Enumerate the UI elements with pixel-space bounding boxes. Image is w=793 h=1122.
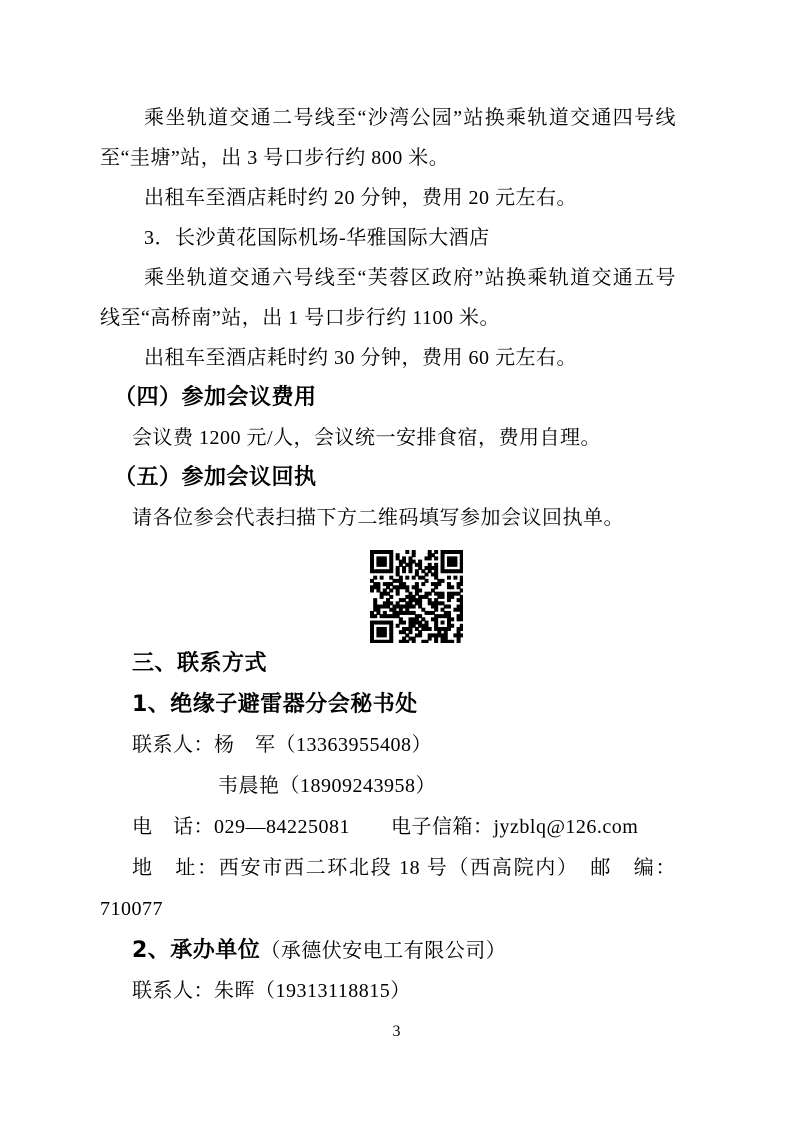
qr-code-image bbox=[370, 550, 463, 643]
heading-contact-section: 三、联系方式 bbox=[100, 643, 676, 684]
line-route3-transfer-2-text: 线至“高桥南”站，出 1 号口步行约 1100 米。 bbox=[100, 307, 500, 329]
line-route2-transfer-2-text: 至“圭塘”站，出 3 号口步行约 800 米。 bbox=[100, 147, 449, 169]
line-contact-weichenyan-text: 韦晨艳（18909243958） bbox=[218, 775, 436, 797]
line-phone-email: 电 话：029—84225081 电子信箱：jyzblq@126.com bbox=[100, 807, 676, 848]
line-route2-transfer-2: 至“圭塘”站，出 3 号口步行约 800 米。 bbox=[100, 138, 676, 178]
line-address-2-postcode-text: 710077 bbox=[100, 898, 163, 920]
line-fee-detail-text: 会议费 1200 元/人，会议统一安排食宿，费用自理。 bbox=[132, 427, 601, 449]
item-route3-title-text: 3．长沙黄花国际机场-华雅国际大酒店 bbox=[144, 227, 490, 249]
line-contact-weichenyan: 韦晨艳（18909243958） bbox=[100, 766, 676, 807]
heading-section4-fee: （四）参加会议费用 bbox=[100, 378, 676, 418]
heading-contact-section-text: 三、联系方式 bbox=[132, 651, 267, 676]
heading-organizer: 2、承办单位（承德伏安电工有限公司） bbox=[100, 930, 676, 971]
line-contact-yangjun-text: 联系人：杨 军（13363955408） bbox=[132, 734, 432, 756]
line-contact-zhuhui: 联系人：朱晖（19313118815） bbox=[100, 971, 676, 1012]
line-address-1: 地 址：西安市西二环北段 18 号（西高院内） 邮 编： bbox=[100, 848, 676, 889]
line-address-2-postcode: 710077 bbox=[100, 889, 676, 930]
text-column: 乘坐轨道交通二号线至“沙湾公园”站换乘轨道交通四号线至“圭塘”站，出 3 号口步… bbox=[100, 98, 676, 1012]
line-route2-transfer-1: 乘坐轨道交通二号线至“沙湾公园”站换乘轨道交通四号线 bbox=[100, 98, 676, 138]
heading-secretariat-text: 1、绝缘子避雷器分会秘书处 bbox=[132, 692, 418, 717]
line-route3-transfer-1-text: 乘坐轨道交通六号线至“芙蓉区政府”站换乘轨道交通五号 bbox=[144, 267, 676, 289]
line-route3-transfer-2: 线至“高桥南”站，出 1 号口步行约 1100 米。 bbox=[100, 298, 676, 338]
line-route3-transfer-1: 乘坐轨道交通六号线至“芙蓉区政府”站换乘轨道交通五号 bbox=[100, 258, 676, 298]
heading-section5-receipt: （五）参加会议回执 bbox=[100, 458, 676, 498]
line-route2-taxi: 出租车至酒店耗时约 20 分钟，费用 20 元左右。 bbox=[100, 178, 676, 218]
item-route3-title: 3．长沙黄花国际机场-华雅国际大酒店 bbox=[100, 218, 676, 258]
line-contact-zhuhui-text: 联系人：朱晖（19313118815） bbox=[132, 980, 411, 1002]
line-route3-taxi-text: 出租车至酒店耗时约 30 分钟，费用 60 元左右。 bbox=[144, 347, 577, 369]
line-receipt-instruction-text: 请各位参会代表扫描下方二维码填写参加会议回执单。 bbox=[132, 507, 624, 529]
line-address-1-text: 地 址：西安市西二环北段 18 号（西高院内） 邮 编： bbox=[132, 857, 676, 879]
heading-secretariat: 1、绝缘子避雷器分会秘书处 bbox=[100, 684, 676, 725]
line-receipt-instruction: 请各位参会代表扫描下方二维码填写参加会议回执单。 bbox=[100, 498, 676, 538]
line-fee-detail: 会议费 1200 元/人，会议统一安排食宿，费用自理。 bbox=[100, 418, 676, 458]
heading-organizer-text: 2、承办单位 bbox=[132, 938, 260, 963]
heading-section4-fee-text: （四）参加会议费用 bbox=[114, 385, 317, 410]
line-route3-taxi: 出租车至酒店耗时约 30 分钟，费用 60 元左右。 bbox=[100, 338, 676, 378]
line-route2-transfer-1-text: 乘坐轨道交通二号线至“沙湾公园”站换乘轨道交通四号线 bbox=[144, 107, 676, 129]
heading-organizer-text: （承德伏安电工有限公司） bbox=[260, 940, 506, 962]
line-phone-email-text: 电 话：029—84225081 电子信箱：jyzblq@126.com bbox=[132, 816, 638, 838]
registration-qr-code bbox=[370, 550, 463, 643]
line-contact-yangjun: 联系人：杨 军（13363955408） bbox=[100, 725, 676, 766]
heading-section5-receipt-text: （五）参加会议回执 bbox=[114, 465, 317, 490]
line-route2-taxi-text: 出租车至酒店耗时约 20 分钟，费用 20 元左右。 bbox=[144, 187, 577, 209]
document-page: 乘坐轨道交通二号线至“沙湾公园”站换乘轨道交通四号线至“圭塘”站，出 3 号口步… bbox=[0, 0, 793, 1122]
page-number: 3 bbox=[0, 1022, 793, 1042]
